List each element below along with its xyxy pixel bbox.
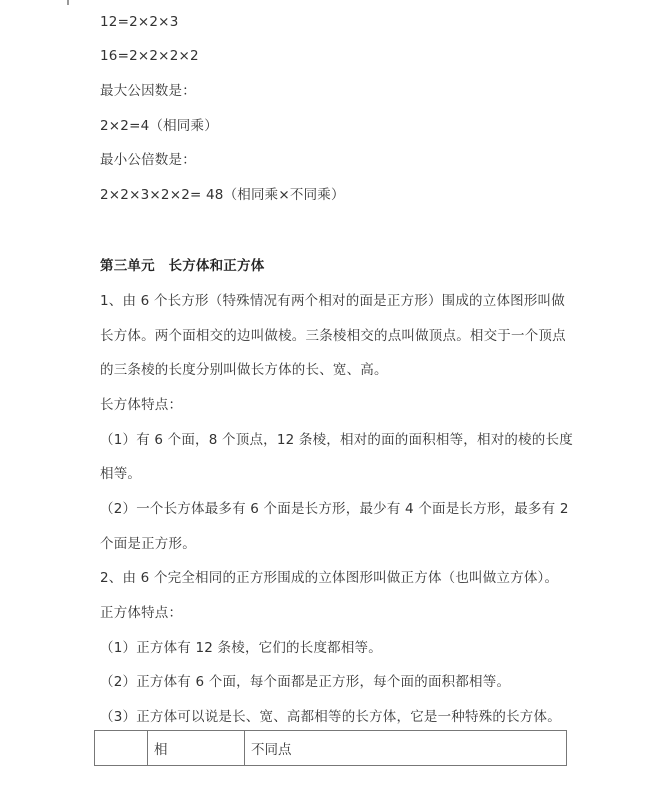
gcd-label: 最大公因数是： [100,81,196,101]
corner-mark [67,0,69,5]
cube-feature-3: （3）正方体可以说是长、宽、高都相等的长方体，它是一种特殊的长方体。 [100,707,561,727]
table-cell: 不同点 [245,731,567,766]
para-1-line-3: 的三条棱的长度分别叫做长方体的长、宽、高。 [100,360,388,380]
section-heading: 第三单元 长方体和正方体 [100,256,264,276]
cube-features-title: 正方体特点： [100,603,182,623]
cube-feature-1: （1）正方体有 12 条棱，它们的长度都相等。 [100,638,382,658]
lcm-calc: 2×2×3×2×2= 48（相同乘×不同乘） [100,185,345,205]
table-cell [95,731,148,766]
gcd-calc: 2×2=4（相同乘） [100,116,218,136]
lcm-label: 最小公倍数是： [100,150,196,170]
cuboid-feature-1-line-2: 相等。 [100,464,141,484]
para-2: 2、由 6 个完全相同的正方形围成的立体图形叫做正方体（也叫做立方体）。 [100,568,558,588]
cube-feature-2: （2）正方体有 6 个面，每个面都是正方形，每个面的面积都相等。 [100,672,510,692]
factor-12: 12=2×2×3 [100,12,178,32]
table-cell: 相 [148,731,245,766]
factor-16: 16=2×2×2×2 [100,46,199,66]
table-row: 相 不同点 [95,731,567,766]
cuboid-features-title: 长方体特点： [100,395,182,415]
comparison-table: 相 不同点 [94,730,567,766]
cuboid-feature-1-line-1: （1）有 6 个面，8 个顶点，12 条棱，相对的面的面积相等，相对的棱的长度 [100,430,573,450]
para-1-line-2: 长方体。两个面相交的边叫做棱。三条棱相交的点叫做顶点。相交于一个顶点 [100,326,566,346]
cuboid-feature-2-line-1: （2）一个长方体最多有 6 个面是长方形，最少有 4 个面是长方形，最多有 2 [100,499,569,519]
cuboid-feature-2-line-2: 个面是正方形。 [100,534,196,554]
para-1-line-1: 1、由 6 个长方形（特殊情况有两个相对的面是正方形）围成的立体图形叫做 [100,291,565,311]
